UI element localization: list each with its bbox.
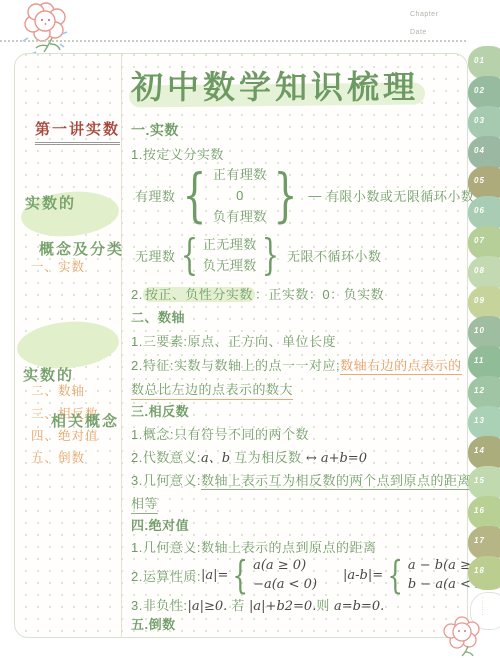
section2-line1: 1.三要素:原点、正方向、单位长度: [131, 331, 336, 350]
tab-number: 02: [474, 86, 485, 95]
section1-heading: 一.实数: [131, 120, 179, 140]
side-tab-10[interactable]: 10: [468, 316, 500, 350]
tab-number: 01: [474, 56, 485, 65]
tab-number: 11: [474, 356, 484, 365]
abs-value-formulas: 2.运算性质: |a|= { a(a ≥ 0) −a(a < 0) |a-b|=…: [131, 556, 488, 594]
line-text: 互为相反数: [234, 450, 302, 465]
abs-cases: a(a ≥ 0) −a(a < 0): [253, 556, 317, 594]
notebook-page: Chapter Date 第一讲实数 实数的 概念及分类 一、实数 实数的 相关…: [0, 0, 500, 658]
tab-number: 10: [474, 326, 485, 335]
side-tab-01[interactable]: 01: [468, 46, 500, 80]
lecture-title: 第一讲实数: [35, 118, 120, 145]
notes-card: 第一讲实数 实数的 概念及分类 一、实数 实数的 相关概念 二、数轴 三、相反数…: [14, 53, 468, 638]
math-expr: |a|≥0.: [187, 599, 227, 614]
math-expr: a=b=0.: [334, 599, 384, 614]
line-text: 则: [316, 598, 330, 613]
abs-lhs: |a|=: [201, 568, 228, 583]
section4-line1: 1.几何意义:数轴上表示的点到原点的距离: [131, 537, 376, 556]
side-tab-09[interactable]: 09: [468, 286, 500, 320]
tab-number: 03: [474, 116, 485, 125]
side-tab-04[interactable]: 04: [468, 136, 500, 170]
side-tab-18[interactable]: 18: [468, 556, 500, 590]
case-item: −a(a < 0): [253, 575, 317, 594]
tab-number: 17: [474, 536, 485, 545]
section3-line3: 3.几何意义:数轴上表示互为相反数的两个点到原点的距离: [131, 470, 471, 489]
section1-line1: 1.按定义分实数: [131, 144, 224, 163]
math-equation: ↔ a+b=0: [306, 451, 367, 466]
tab-number: 12: [474, 386, 485, 395]
chapter-label: Chapter: [410, 11, 438, 18]
math-vars: a、b: [201, 451, 230, 466]
sidebar-topic-concept-line2: 概念及分类: [39, 238, 491, 259]
underlined-text: 数轴上表示互为相反数的两个点到原点的距离: [201, 473, 471, 490]
case-item: 正有理数: [213, 164, 267, 185]
column-divider: [121, 54, 122, 637]
section3-line4: 相等: [131, 493, 158, 514]
left-brace: {: [387, 559, 403, 591]
line-prefix: 2.代数意义:: [131, 450, 201, 465]
line-text: 若: [231, 598, 245, 613]
tab-number: 14: [474, 446, 485, 455]
tab-number: 15: [474, 476, 485, 485]
page-title: 初中数学知识梳理: [131, 62, 419, 108]
line-prefix: 3.非负性:: [131, 598, 187, 613]
side-tab-17[interactable]: 17: [468, 526, 500, 560]
tab-number: 18: [474, 566, 485, 575]
flower-doodle-bottom-right: [438, 612, 494, 658]
math-expr: |a|+b2=0.: [249, 599, 316, 614]
abs-lhs: |a-b|=: [343, 568, 383, 583]
line-prefix: 3.几何意义:: [131, 473, 201, 488]
sidebar-topic-concept-line1: 实数的: [25, 192, 477, 213]
dotted-separator: [0, 40, 466, 42]
section4-line3: 3.非负性:|a|≥0. 若 |a|+b2=0.则 a=b=0.: [131, 595, 384, 614]
sidebar-topic-related-line1: 实数的: [23, 364, 475, 385]
side-tab-15[interactable]: 15: [468, 466, 500, 500]
left-brace: {: [233, 559, 249, 591]
line-rest: ：正实数：0：负实数: [255, 287, 384, 302]
side-tab-08[interactable]: 08: [468, 256, 500, 290]
section4-heading: 四.绝对值: [131, 515, 189, 534]
side-tab-16[interactable]: 16: [468, 496, 500, 530]
section5-heading: 五.倒数: [131, 614, 176, 633]
line-prefix: 2.: [131, 287, 143, 302]
tab-number: 08: [474, 266, 485, 275]
highlighted-text: 按正、负性分实数: [143, 287, 255, 302]
case-item: a(a ≥ 0): [253, 556, 306, 575]
section2-heading: 二、数轴: [131, 307, 185, 326]
tab-number: 16: [474, 506, 485, 515]
section1-line2: 2.按正、负性分实数：正实数：0：负实数: [131, 284, 384, 303]
flower-doodle-top-left: [16, 0, 78, 56]
date-label: Date: [410, 29, 427, 36]
side-tab-14[interactable]: 14: [468, 436, 500, 470]
side-tab-02[interactable]: 02: [468, 76, 500, 110]
line-prefix: 2.运算性质:: [131, 566, 201, 585]
sidebar-topic-related-line2: 相关概念: [51, 410, 500, 431]
tab-number: 04: [474, 146, 485, 155]
section3-line2: 2.代数意义:a、b 互为相反数 ↔ a+b=0: [131, 447, 367, 466]
tab-number: 05: [474, 176, 485, 185]
tab-number: 09: [474, 296, 485, 305]
sidebar-item-reciprocal: 五、倒数: [31, 448, 85, 466]
side-tab-03[interactable]: 03: [468, 106, 500, 140]
sidebar-item-real-number: 一、实数: [31, 257, 85, 275]
